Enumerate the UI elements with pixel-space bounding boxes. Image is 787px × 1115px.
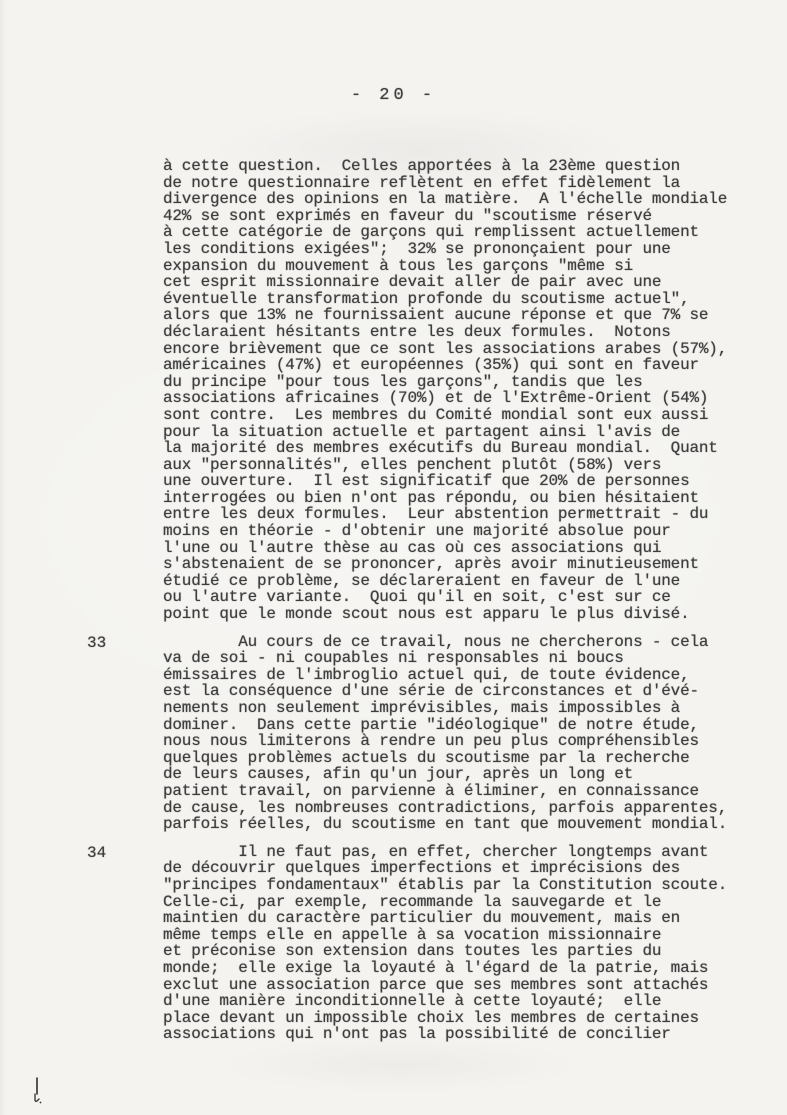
text-line: de cause, les nombreuses contradictions,… [163,800,763,817]
text-line: l'une ou l'autre thèse au cas où ces ass… [163,540,763,557]
text-line: place devant un impossible choix les mem… [163,1010,763,1027]
text-line: les conditions exigées"; 32% se prononça… [163,241,763,258]
paragraph-number: 34 [87,844,106,862]
text-line: même temps elle en appelle à sa vocation… [163,927,763,944]
text-line: dominer. Dans cette partie "idéologique"… [163,717,763,734]
text-line: nous nous limiterons à rendre un peu plu… [163,733,763,750]
text-line: cet esprit missionnaire devait aller de … [163,274,763,291]
text-line: à cette catégorie de garçons qui remplis… [163,224,763,241]
text-line: sont contre. Les membres du Comité mondi… [163,407,763,424]
text-line: une ouverture. Il est significatif que 2… [163,473,763,490]
text-line: monde; elle exige la loyauté à l'égard d… [163,960,763,977]
paragraph-33: 33 Au cours de ce travail, nous ne cherc… [163,634,763,833]
text-line: à cette question. Celles apportées à la … [163,158,763,175]
text-line: de découvrir quelques imperfections et i… [163,860,763,877]
text-line: expansion du mouvement à tous les garçon… [163,258,763,275]
text-line: ou l'autre variante. Quoi qu'il en soit,… [163,589,763,606]
paragraph-text: Il ne faut pas, en effet, chercher longt… [163,844,763,1043]
paragraph-text: à cette question. Celles apportées à la … [163,158,763,623]
paragraph-number: 33 [87,634,106,652]
text-line: du principe "pour tous les garçons", tan… [163,374,763,391]
text-line: éventuelle transformation profonde du sc… [163,291,763,308]
text-line: Au cours de ce travail, nous ne chercher… [163,634,763,651]
text-line: étudié ce problème, se déclareraient en … [163,573,763,590]
text-block: à cette question. Celles apportées à la … [163,158,763,1043]
page-number: - 20 - [0,86,787,105]
text-line: de leurs causes, afin qu'un jour, après … [163,766,763,783]
text-line: d'une manière inconditionnelle à cette l… [163,993,763,1010]
text-line: alors que 13% ne fournissaient aucune ré… [163,307,763,324]
ink-scribble-mark-icon [30,1076,46,1106]
text-line: Il ne faut pas, en effet, chercher longt… [163,844,763,861]
text-line: nements non seulement imprévisibles, mai… [163,700,763,717]
text-line: émissaires de l'imbroglio actuel qui, de… [163,667,763,684]
text-line: encore brièvement que ce sont les associ… [163,341,763,358]
paragraph-continuation: à cette question. Celles apportées à la … [163,158,763,623]
text-line: aux "personnalités", elles penchent plut… [163,457,763,474]
text-line: maintien du caractère particulier du mou… [163,910,763,927]
text-line: et préconise son extension dans toutes l… [163,943,763,960]
text-line: interrogées ou bien n'ont pas répondu, o… [163,490,763,507]
text-line: parfois réelles, du scoutisme en tant qu… [163,816,763,833]
paragraph-text: Au cours de ce travail, nous ne chercher… [163,634,763,833]
text-line: 42% se sont exprimés en faveur du "scout… [163,208,763,225]
text-line: patient travail, on parvienne à éliminer… [163,783,763,800]
text-line: américaines (47%) et européennes (35%) q… [163,357,763,374]
text-line: associations qui n'ont pas la possibilit… [163,1026,763,1043]
text-line: point que le monde scout nous est apparu… [163,606,763,623]
text-line: pour la situation actuelle et partagent … [163,424,763,441]
text-line: quelques problèmes actuels du scoutisme … [163,750,763,767]
text-line: déclaraient hésitants entre les deux for… [163,324,763,341]
text-line: de notre questionnaire reflètent en effe… [163,175,763,192]
text-line: associations africaines (70%) et de l'Ex… [163,390,763,407]
paragraph-34: 34 Il ne faut pas, en effet, chercher lo… [163,844,763,1043]
text-line: est la conséquence d'une série de circon… [163,683,763,700]
text-line: divergence des opinions en la matière. A… [163,191,763,208]
text-line: va de soi - ni coupables ni responsables… [163,650,763,667]
text-line: exclut une association parce que ses mem… [163,977,763,994]
text-line: s'abstenaient de se prononcer, après avo… [163,556,763,573]
text-line: entre les deux formules. Leur abstention… [163,506,763,523]
text-line: moins en théorie - d'obtenir une majorit… [163,523,763,540]
text-line: la majorité des membres exécutifs du Bur… [163,440,763,457]
text-line: Celle-ci, par exemple, recommande la sau… [163,894,763,911]
text-line: "principes fondamentaux" établis par la … [163,877,763,894]
